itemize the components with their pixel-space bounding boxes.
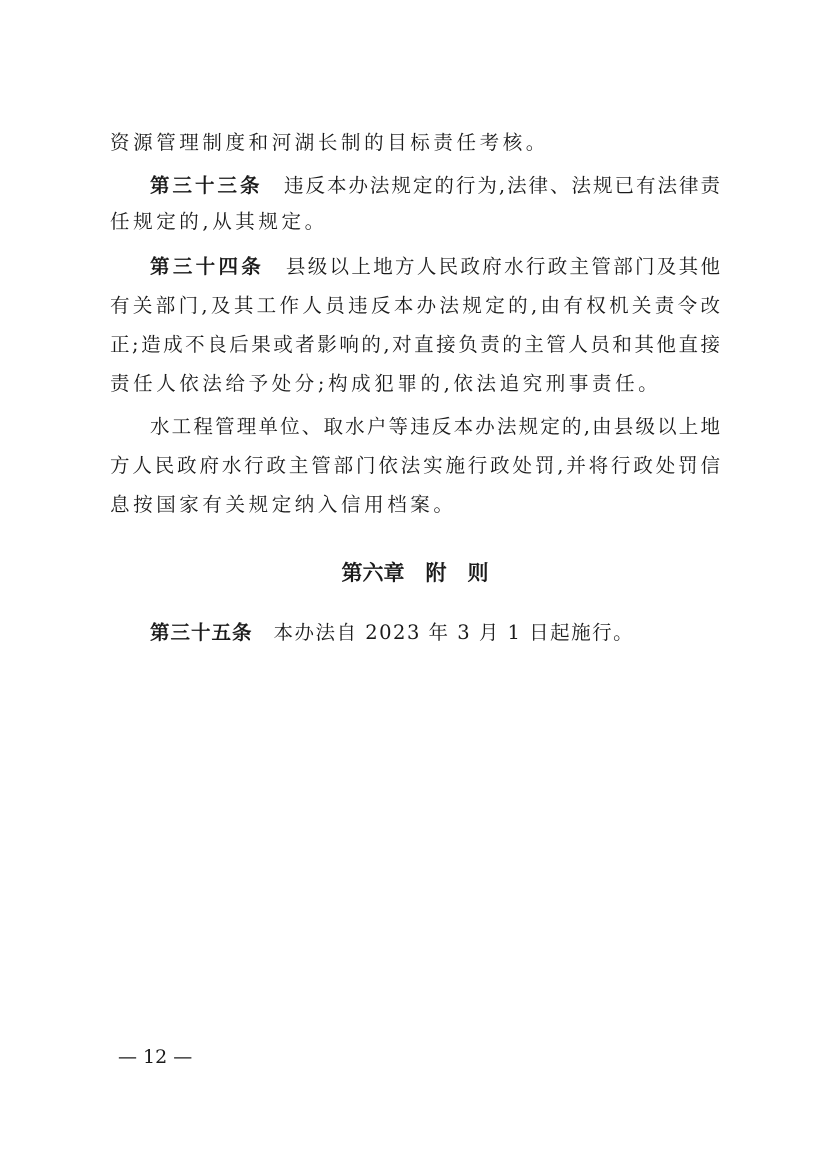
paragraph-line: 责任人依法给予处分;构成犯罪的,依法追究刑事责任。: [110, 372, 720, 396]
article-34-line: 第三十四条 县级以上地方人民政府水行政主管部门及其他: [110, 255, 720, 279]
paragraph-line: 水工程管理单位、取水户等违反本办法规定的,由县级以上地: [110, 415, 720, 439]
article-number: 第三十三条: [150, 174, 262, 197]
article-text: 本办法自 2023 年 3 月 1 日起施行。: [274, 621, 635, 644]
paragraph-line: 方人民政府水行政主管部门依法实施行政处罚,并将行政处罚信: [110, 454, 720, 478]
page-number: — 12 —: [118, 1046, 192, 1068]
paragraph-line: 资源管理制度和河湖长制的目标责任考核。: [110, 131, 720, 155]
paragraph-line: 有关部门,及其工作人员违反本办法规定的,由有权机关责令改: [110, 294, 720, 318]
chapter-title: 第六章 附 则: [110, 560, 720, 586]
article-33-line: 第三十三条 违反本办法规定的行为,法律、法规已有法律责: [110, 174, 720, 198]
article-number: 第三十五条: [150, 621, 253, 644]
article-35-line: 第三十五条 本办法自 2023 年 3 月 1 日起施行。: [110, 621, 720, 645]
article-number: 第三十四条: [150, 255, 264, 278]
paragraph-line: 正;造成不良后果或者影响的,对直接负责的主管人员和其他直接: [110, 333, 720, 357]
article-text: 违反本办法规定的行为,法律、法规已有法律责: [284, 174, 720, 197]
paragraph-line: 任规定的,从其规定。: [110, 210, 720, 234]
paragraph-line: 息按国家有关规定纳入信用档案。: [110, 493, 720, 517]
article-text: 县级以上地方人民政府水行政主管部门及其他: [286, 255, 720, 278]
